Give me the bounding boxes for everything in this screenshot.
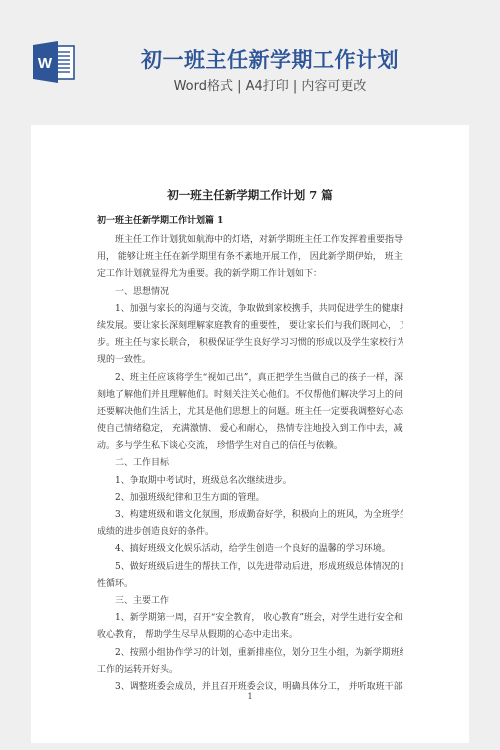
paragraph-line: 定工作计划就显得尤为重要。我的新学期工作计划如下： <box>97 266 403 283</box>
paragraph-line: 现的一致性。 <box>97 352 403 369</box>
paragraph-line: 三、主要工作 <box>97 593 403 610</box>
paragraph-line: 2、班主任应该将学生“视如己出”，真正把学生当做自己的孩子一样，深 <box>97 370 403 387</box>
paragraph-line: 工作的运转开好头。 <box>97 662 403 679</box>
paragraph-line: 使自己情绪稳定， 充满激情、 爱心和耐心， 热情专注地投入到工作中去，减少冲 <box>97 421 403 438</box>
paragraph-line: 还要解决他们生活上，尤其是他们思想上的问题。班主任一定要我调整好心态， <box>97 404 403 421</box>
paragraph-line: 4、搞好班级文化娱乐活动，给学生创造一个良好的温馨的学习环境。 <box>97 541 403 558</box>
paragraph-line: 2、按照小组协作学习的计划，重新排座位，划分卫生小组，为新学期班级 <box>97 645 403 662</box>
paragraph-line: 2、加强班级纪律和卫生方面的管理。 <box>97 490 403 507</box>
paragraph-line: 续发展。要让家长深刻理解家庭教育的重要性， 要让家长们与我们既同心， 又同 <box>97 318 403 335</box>
paragraph-line: 收心教育， 帮助学生尽早从假期的心态中走出来。 <box>97 627 403 644</box>
page-number: 1 <box>31 692 469 701</box>
paragraph-line: 二、工作目标 <box>97 455 403 472</box>
paragraph-line: 动。多与学生私下谈心交流， 珍惜学生对自己的信任与依赖。 <box>97 438 403 455</box>
paragraph-line: 用， 能够让班主任在新学期里有条不紊地开展工作， 因此新学期伊始， 班主任制 <box>97 249 403 266</box>
banner: W 初一班主任新学期工作计划 Word格式 | A4打印 | 内容可更改 <box>0 0 500 125</box>
paragraph-line: 1、加强与家长的沟通与交流，争取做到家校携手，共同促进学生的健康持 <box>97 301 403 318</box>
paragraph-line: 1、新学期第一周，召开“安全教育， 收心教育”班会，对学生进行安全和 <box>97 610 403 627</box>
section-heading: 初一班主任新学期工作计划篇 1 <box>97 213 223 226</box>
paragraph-line: 1、争取期中考试时，班级总名次继续进步。 <box>97 473 403 490</box>
document-title: 初一班主任新学期工作计划 7 篇 <box>31 187 469 203</box>
paragraph-line: 刻地了解他们并且理解他们。时刻关注关心他们。不仅帮他们解决学习上的问题 <box>97 387 403 404</box>
document-body: 班主任工作计划犹如航海中的灯塔，对新学期班主任工作发挥着重要指导作用， 能够让班… <box>97 232 403 696</box>
document-page: 初一班主任新学期工作计划 7 篇 初一班主任新学期工作计划篇 1 班主任工作计划… <box>31 125 469 743</box>
paragraph-line: 成绩的进步创造良好的条件。 <box>97 524 403 541</box>
banner-title: 初一班主任新学期工作计划 <box>120 44 420 74</box>
paragraph-line: 5、做好班级后进生的帮扶工作，以先进带动后进，形成班级总体情况的良 <box>97 559 403 576</box>
paragraph-line: 步。班主任与家长联合， 积极保证学生良好学习习惯的形成以及学生家校行为表 <box>97 335 403 352</box>
svg-text:W: W <box>38 55 53 72</box>
paragraph-line: 一、思想情况 <box>97 284 403 301</box>
paragraph-line: 班主任工作计划犹如航海中的灯塔，对新学期班主任工作发挥着重要指导作 <box>97 232 403 249</box>
banner-subtitle: Word格式 | A4打印 | 内容可更改 <box>120 75 420 94</box>
paragraph-line: 性循环。 <box>97 576 403 593</box>
word-document-icon: W <box>32 40 76 84</box>
paragraph-line: 3、构建班级和谐文化氛围，形成勤奋好学，积极向上的班风，为全班学生 <box>97 507 403 524</box>
